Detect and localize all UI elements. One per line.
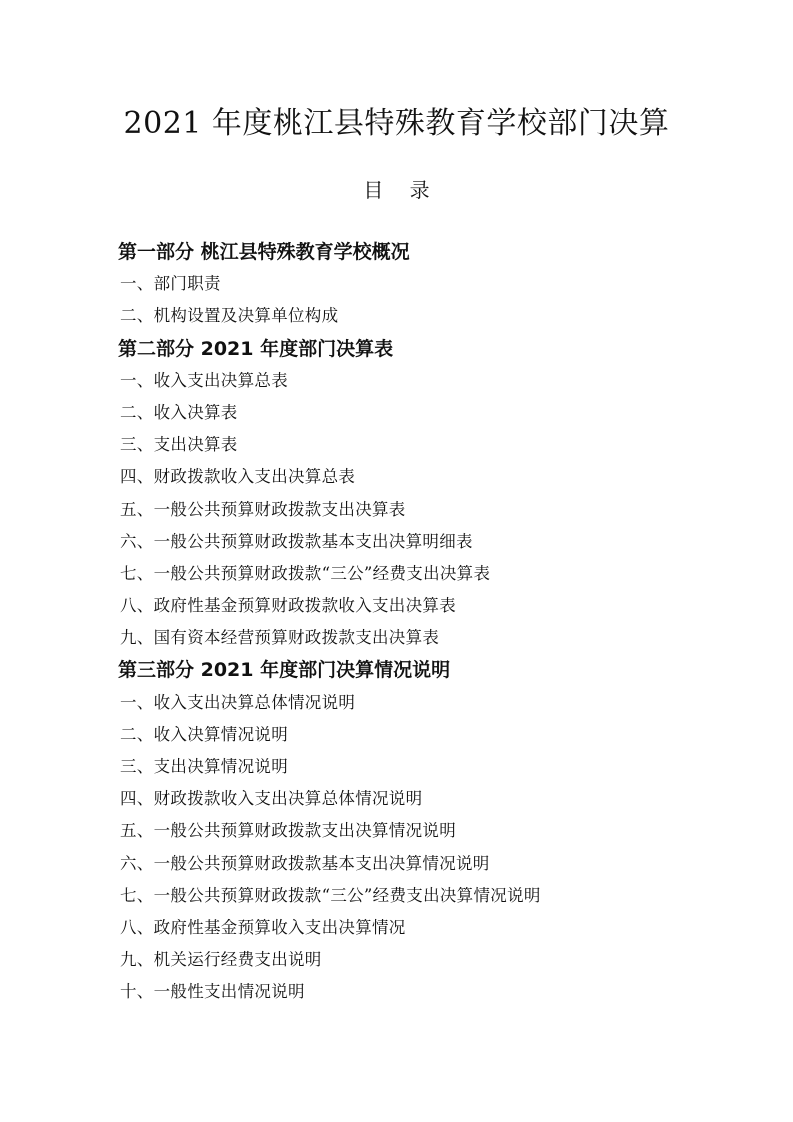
toc-item[interactable]: 六、一般公共预算财政拨款基本支出决算情况说明 (118, 848, 738, 880)
toc-item[interactable]: 四、财政拨款收入支出决算总表 (118, 461, 738, 493)
table-of-contents: 第一部分 桃江县特殊教育学校概况 一、部门职责 二、机构设置及决算单位构成 第二… (118, 236, 738, 1009)
toc-item[interactable]: 九、国有资本经营预算财政拨款支出决算表 (118, 622, 738, 654)
toc-item[interactable]: 七、一般公共预算财政拨款“三公”经费支出决算情况说明 (118, 880, 738, 912)
toc-item[interactable]: 八、政府性基金预算财政拨款收入支出决算表 (118, 590, 738, 622)
toc-item[interactable]: 五、一般公共预算财政拨款支出决算情况说明 (118, 815, 738, 847)
toc-item[interactable]: 四、财政拨款收入支出决算总体情况说明 (118, 783, 738, 815)
toc-item[interactable]: 八、政府性基金预算收入支出决算情况 (118, 912, 738, 944)
toc-item[interactable]: 十、一般性支出情况说明 (118, 976, 738, 1008)
toc-item[interactable]: 二、收入决算情况说明 (118, 719, 738, 751)
toc-item[interactable]: 五、一般公共预算财政拨款支出决算表 (118, 494, 738, 526)
toc-item[interactable]: 一、收入支出决算总体情况说明 (118, 687, 738, 719)
toc-heading: 目 录 (0, 174, 793, 203)
toc-item[interactable]: 一、部门职责 (118, 268, 738, 300)
toc-item[interactable]: 二、机构设置及决算单位构成 (118, 300, 738, 332)
toc-part-1-heading[interactable]: 第一部分 桃江县特殊教育学校概况 (118, 236, 738, 268)
toc-item[interactable]: 九、机关运行经费支出说明 (118, 944, 738, 976)
toc-item[interactable]: 六、一般公共预算财政拨款基本支出决算明细表 (118, 526, 738, 558)
toc-item[interactable]: 七、一般公共预算财政拨款“三公”经费支出决算表 (118, 558, 738, 590)
toc-item[interactable]: 三、支出决算情况说明 (118, 751, 738, 783)
document-title: 2021 年度桃江县特殊教育学校部门决算 (0, 98, 793, 142)
toc-part-3-heading[interactable]: 第三部分 2021 年度部门决算情况说明 (118, 654, 738, 686)
toc-item[interactable]: 一、收入支出决算总表 (118, 365, 738, 397)
toc-item[interactable]: 三、支出决算表 (118, 429, 738, 461)
toc-part-2-heading[interactable]: 第二部分 2021 年度部门决算表 (118, 333, 738, 365)
toc-item[interactable]: 二、收入决算表 (118, 397, 738, 429)
